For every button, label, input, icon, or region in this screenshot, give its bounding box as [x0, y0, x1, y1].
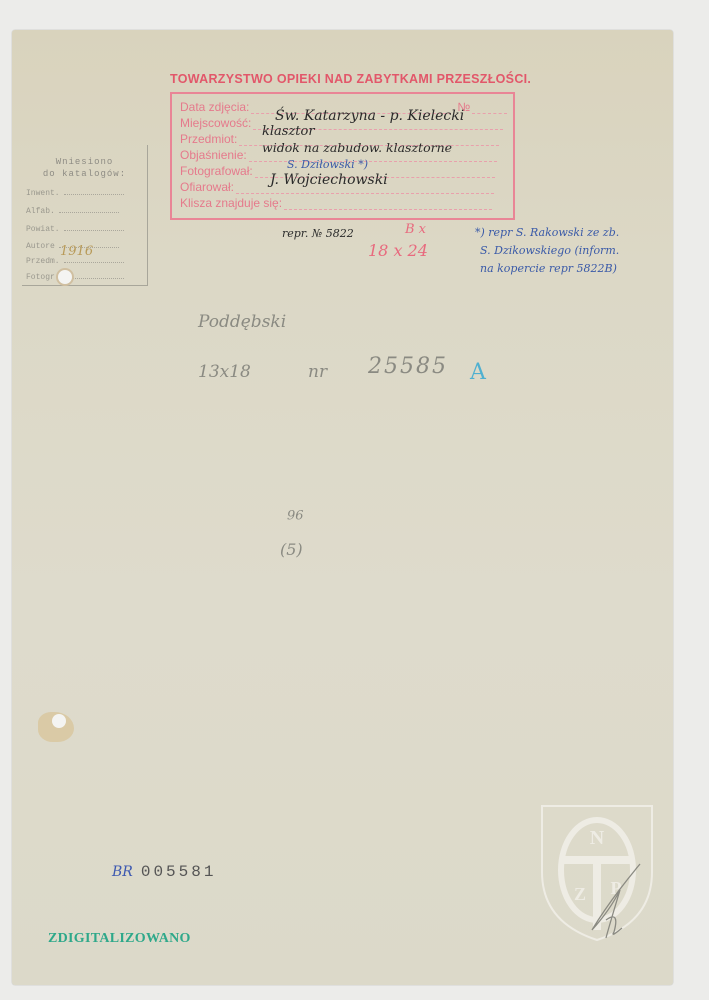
field-label: Klisza znajduje się: [180, 196, 282, 210]
catalog-subheading: do katalogów: [22, 169, 147, 179]
catalog-row: Alfab. [26, 207, 119, 216]
repr-number: repr. № 5822 [282, 227, 354, 240]
pencil-size: 13x18 [198, 362, 251, 382]
pencil-name: Poddębski [198, 312, 286, 332]
catalog-row: Fotogr. [26, 273, 124, 282]
value-donor: J. Wojciechowski [270, 172, 388, 188]
size-red: 18 x 24 [368, 241, 428, 260]
field-label: Fotografował: [180, 164, 253, 178]
field-label: Data zdjęcia: [180, 100, 249, 114]
blue-mark: A [470, 360, 486, 385]
digitized-stamp: ZDIGITALIZOWANO [48, 931, 191, 947]
pencil-small-mark: (5) [280, 540, 303, 559]
signature-icon [580, 860, 660, 940]
br-prefix: BR [112, 864, 133, 880]
pencil-small-number: 96 [287, 506, 304, 521]
value-place: Św. Katarzyna - p. Kielecki [275, 108, 464, 124]
footnote-line-2: S. Dzikowskiego (inform. [480, 244, 619, 257]
footnote-line-1: *) repr S. Rakowski ze zb. [475, 226, 619, 239]
catalog-row: Inwent. [26, 189, 124, 198]
pencil-ref-prefix: nr [308, 362, 327, 382]
br-code: BR005581 [112, 863, 216, 881]
value-subject: klasztor [262, 124, 315, 139]
punch-hole [56, 268, 74, 286]
paper-hole [52, 714, 66, 728]
br-number: 005581 [141, 863, 217, 881]
footnote-line-3: na kopercie repr 5822B) [480, 262, 617, 275]
catalog-value-1916: 1916 [60, 244, 93, 259]
svg-text:N: N [590, 827, 605, 849]
field-label: Ofiarował: [180, 180, 234, 194]
field-label: Objaśnienie: [180, 148, 247, 162]
value-photographer: S. Dziłowski *) [287, 158, 368, 171]
repr-suffix: B x [405, 222, 426, 237]
pencil-ref-number: 25585 [368, 354, 448, 379]
stamp-title: TOWARZYSTWO OPIEKI NAD ZABYTKAMI PRZESZŁ… [170, 72, 531, 86]
catalog-box: Wniesiono do katalogów: Inwent. Alfab. P… [22, 145, 148, 286]
field-label: Miejscowość: [180, 116, 251, 130]
value-description: widok na zabudow. klasztorne [262, 140, 452, 155]
field-negative-location: Klisza znajduje się: [180, 196, 492, 210]
catalog-row: Powiat. [26, 225, 124, 234]
field-label: Przedmiot: [180, 132, 237, 146]
catalog-heading: Wniesiono [22, 157, 147, 167]
